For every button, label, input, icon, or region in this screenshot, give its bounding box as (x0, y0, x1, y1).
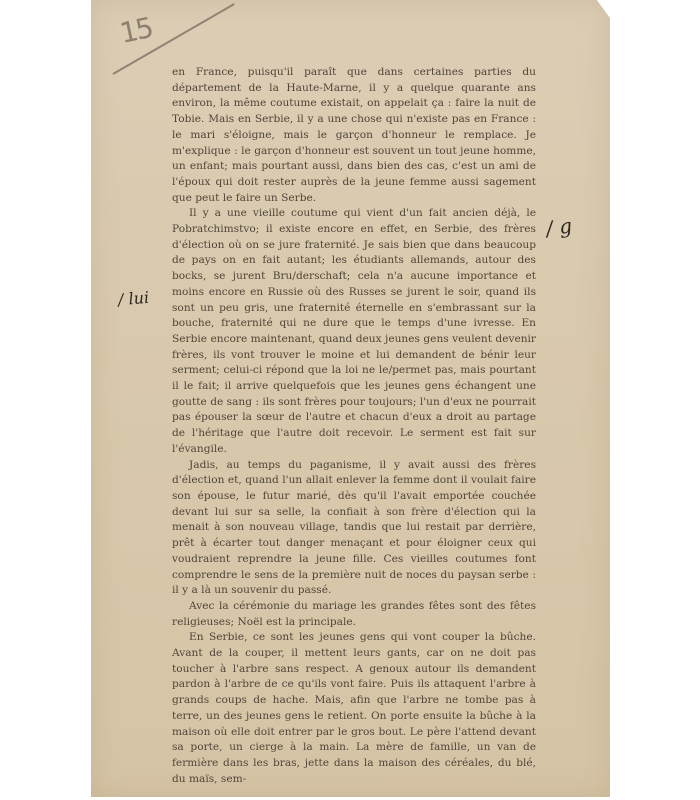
paragraph-5: En Serbie, ce sont les jeunes gens qui v… (172, 630, 536, 787)
paragraph-4: Avec la cérémonie du mariage les grandes… (172, 599, 536, 630)
paragraph-1: en France, puisqu'il paraît que dans cer… (172, 65, 536, 206)
paragraph-2: Il y a une vieille coutume qui vient d'u… (172, 206, 536, 457)
handwritten-margin-note-left: / lui (117, 288, 150, 310)
document-body: en France, puisqu'il paraît que dans cer… (172, 65, 536, 787)
handwritten-page-number: 15 (117, 11, 155, 50)
handwritten-margin-note-right: / g (544, 213, 573, 240)
paragraph-3: Jadis, au temps du paganisme, il y avait… (172, 458, 536, 599)
